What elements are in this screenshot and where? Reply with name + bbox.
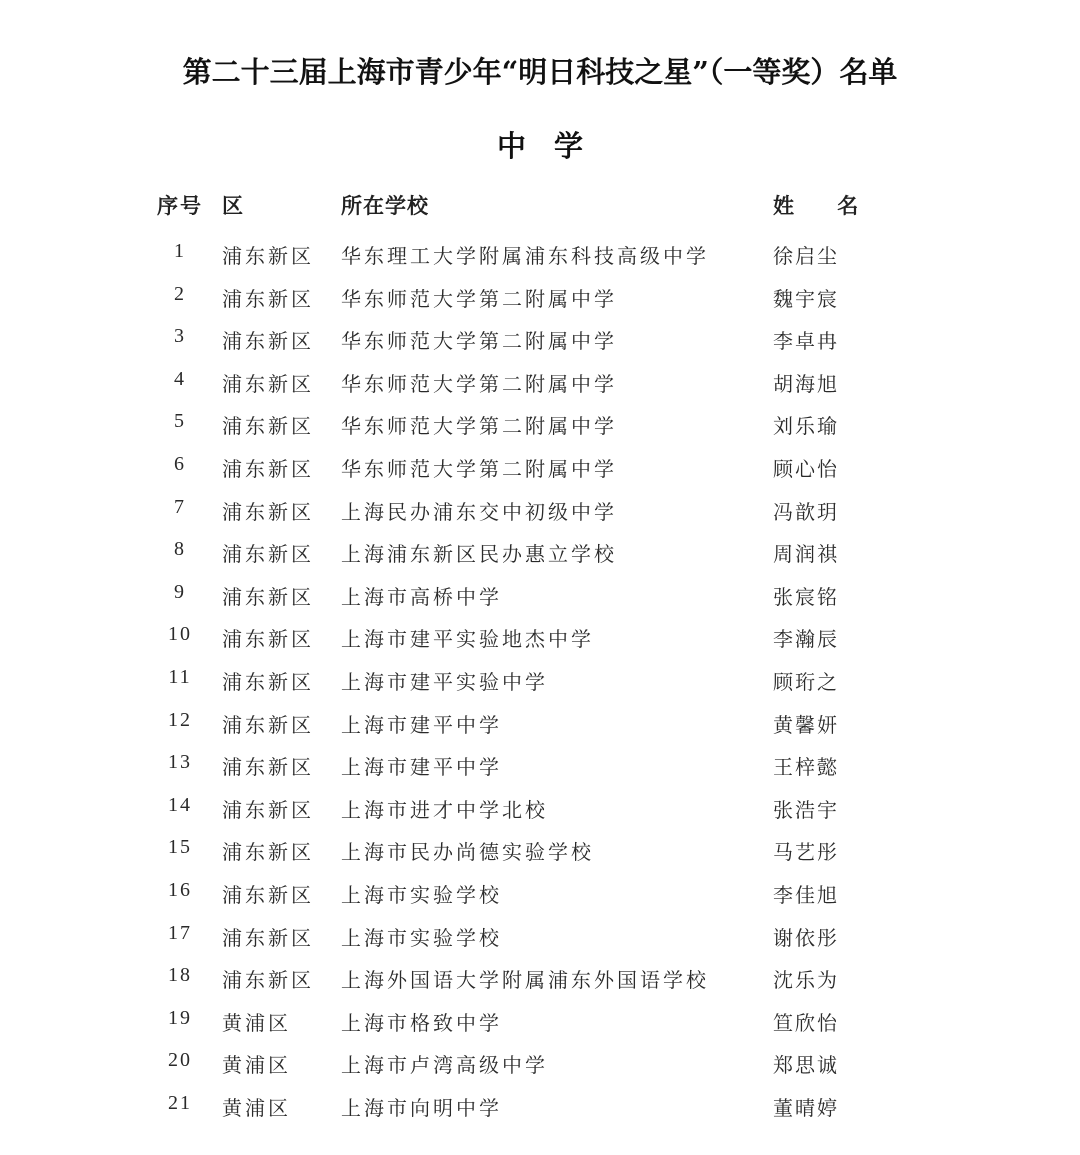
row-school: 上海市民办尚德实验学校 <box>341 836 594 865</box>
section-heading: 中学 <box>0 124 1080 165</box>
row-school: 上海市建平中学 <box>341 751 502 780</box>
row-district: 浦东新区 <box>222 538 314 567</box>
row-seq: 21 <box>150 1092 210 1115</box>
row-district: 浦东新区 <box>222 240 314 269</box>
table-row: 6浦东新区华东师范大学第二附属中学顾心怡 <box>0 453 1080 496</box>
row-school: 上海市建平实验中学 <box>341 666 548 695</box>
row-name: 顾心怡 <box>773 453 839 482</box>
table-row: 7浦东新区上海民办浦东交中初级中学冯歆玥 <box>0 496 1080 539</box>
row-seq: 6 <box>150 453 210 476</box>
row-district: 黄浦区 <box>222 1007 291 1036</box>
row-seq: 1 <box>150 240 210 263</box>
row-district: 浦东新区 <box>222 453 314 482</box>
row-district: 黄浦区 <box>222 1049 291 1078</box>
row-district: 浦东新区 <box>222 410 314 439</box>
row-school: 上海市进才中学北校 <box>341 794 548 823</box>
table-header: 序号 区 所在学校 姓 名 <box>0 190 1080 220</box>
row-seq: 2 <box>150 283 210 306</box>
row-seq: 16 <box>150 879 210 902</box>
row-name: 李瀚辰 <box>773 623 839 652</box>
award-list: 1浦东新区华东理工大学附属浦东科技高级中学徐启尘2浦东新区华东师范大学第二附属中… <box>0 240 1080 1134</box>
row-school: 上海浦东新区民办惠立学校 <box>341 538 617 567</box>
row-school: 华东师范大学第二附属中学 <box>341 325 617 354</box>
table-row: 11浦东新区上海市建平实验中学顾珩之 <box>0 666 1080 709</box>
row-name: 笪欣怡 <box>773 1007 839 1036</box>
row-seq: 11 <box>150 666 210 689</box>
row-name: 张浩宇 <box>773 794 839 823</box>
row-name: 胡海旭 <box>773 368 839 397</box>
row-district: 浦东新区 <box>222 496 314 525</box>
row-name: 沈乐为 <box>773 964 839 993</box>
row-seq: 5 <box>150 410 210 433</box>
table-row: 12浦东新区上海市建平中学黄馨妍 <box>0 709 1080 752</box>
row-name: 刘乐瑜 <box>773 410 839 439</box>
row-district: 黄浦区 <box>222 1092 291 1121</box>
row-name: 张宸铭 <box>773 581 839 610</box>
header-school: 所在学校 <box>341 190 429 220</box>
row-seq: 7 <box>150 496 210 519</box>
row-seq: 3 <box>150 325 210 348</box>
row-school: 上海市实验学校 <box>341 922 502 951</box>
row-school: 上海市建平中学 <box>341 709 502 738</box>
row-district: 浦东新区 <box>222 751 314 780</box>
row-name: 黄馨妍 <box>773 709 839 738</box>
row-school: 华东师范大学第二附属中学 <box>341 453 617 482</box>
row-district: 浦东新区 <box>222 283 314 312</box>
row-district: 浦东新区 <box>222 325 314 354</box>
header-district: 区 <box>222 190 243 220</box>
row-name: 魏宇宸 <box>773 283 839 312</box>
table-row: 4浦东新区华东师范大学第二附属中学胡海旭 <box>0 368 1080 411</box>
row-name: 谢依彤 <box>773 922 839 951</box>
row-name: 李佳旭 <box>773 879 839 908</box>
row-seq: 8 <box>150 538 210 561</box>
row-seq: 13 <box>150 751 210 774</box>
row-seq: 19 <box>150 1007 210 1030</box>
table-row: 17浦东新区上海市实验学校谢依彤 <box>0 922 1080 965</box>
table-row: 3浦东新区华东师范大学第二附属中学李卓冉 <box>0 325 1080 368</box>
table-row: 13浦东新区上海市建平中学王梓懿 <box>0 751 1080 794</box>
table-row: 8浦东新区上海浦东新区民办惠立学校周润祺 <box>0 538 1080 581</box>
document-title: 第二十三届上海市青少年“明日科技之星”（一等奖）名单 <box>0 50 1080 91</box>
row-name: 顾珩之 <box>773 666 839 695</box>
row-seq: 10 <box>150 623 210 646</box>
row-school: 华东理工大学附属浦东科技高级中学 <box>341 240 709 269</box>
table-row: 14浦东新区上海市进才中学北校张浩宇 <box>0 794 1080 837</box>
row-seq: 14 <box>150 794 210 817</box>
row-school: 上海市实验学校 <box>341 879 502 908</box>
row-school: 上海外国语大学附属浦东外国语学校 <box>341 964 709 993</box>
row-school: 华东师范大学第二附属中学 <box>341 283 617 312</box>
table-row: 9浦东新区上海市高桥中学张宸铭 <box>0 581 1080 624</box>
row-school: 上海市高桥中学 <box>341 581 502 610</box>
row-name: 马艺彤 <box>773 836 839 865</box>
table-row: 18浦东新区上海外国语大学附属浦东外国语学校沈乐为 <box>0 964 1080 1007</box>
row-district: 浦东新区 <box>222 368 314 397</box>
header-name: 姓 名 <box>773 190 876 220</box>
table-row: 16浦东新区上海市实验学校李佳旭 <box>0 879 1080 922</box>
table-row: 19黄浦区上海市格致中学笪欣怡 <box>0 1007 1080 1050</box>
table-row: 20黄浦区上海市卢湾高级中学郑思诚 <box>0 1049 1080 1092</box>
row-name: 周润祺 <box>773 538 839 567</box>
row-district: 浦东新区 <box>222 836 314 865</box>
row-school: 上海市卢湾高级中学 <box>341 1049 548 1078</box>
row-name: 冯歆玥 <box>773 496 839 525</box>
row-seq: 12 <box>150 709 210 732</box>
row-school: 华东师范大学第二附属中学 <box>341 410 617 439</box>
row-school: 华东师范大学第二附属中学 <box>341 368 617 397</box>
row-district: 浦东新区 <box>222 879 314 908</box>
table-row: 5浦东新区华东师范大学第二附属中学刘乐瑜 <box>0 410 1080 453</box>
row-district: 浦东新区 <box>222 922 314 951</box>
row-school: 上海民办浦东交中初级中学 <box>341 496 617 525</box>
table-row: 1浦东新区华东理工大学附属浦东科技高级中学徐启尘 <box>0 240 1080 283</box>
header-seq: 序号 <box>157 190 203 220</box>
row-school: 上海市格致中学 <box>341 1007 502 1036</box>
row-district: 浦东新区 <box>222 666 314 695</box>
row-seq: 15 <box>150 836 210 859</box>
row-name: 王梓懿 <box>773 751 839 780</box>
row-seq: 20 <box>150 1049 210 1072</box>
row-school: 上海市建平实验地杰中学 <box>341 623 594 652</box>
table-row: 21黄浦区上海市向明中学董晴婷 <box>0 1092 1080 1135</box>
row-seq: 4 <box>150 368 210 391</box>
table-row: 2浦东新区华东师范大学第二附属中学魏宇宸 <box>0 283 1080 326</box>
table-row: 10浦东新区上海市建平实验地杰中学李瀚辰 <box>0 623 1080 666</box>
row-district: 浦东新区 <box>222 709 314 738</box>
row-district: 浦东新区 <box>222 794 314 823</box>
row-school: 上海市向明中学 <box>341 1092 502 1121</box>
row-seq: 9 <box>150 581 210 604</box>
row-seq: 18 <box>150 964 210 987</box>
row-name: 董晴婷 <box>773 1092 839 1121</box>
row-name: 郑思诚 <box>773 1049 839 1078</box>
row-district: 浦东新区 <box>222 623 314 652</box>
table-row: 15浦东新区上海市民办尚德实验学校马艺彤 <box>0 836 1080 879</box>
row-name: 徐启尘 <box>773 240 839 269</box>
row-name: 李卓冉 <box>773 325 839 354</box>
row-district: 浦东新区 <box>222 964 314 993</box>
row-district: 浦东新区 <box>222 581 314 610</box>
row-seq: 17 <box>150 922 210 945</box>
